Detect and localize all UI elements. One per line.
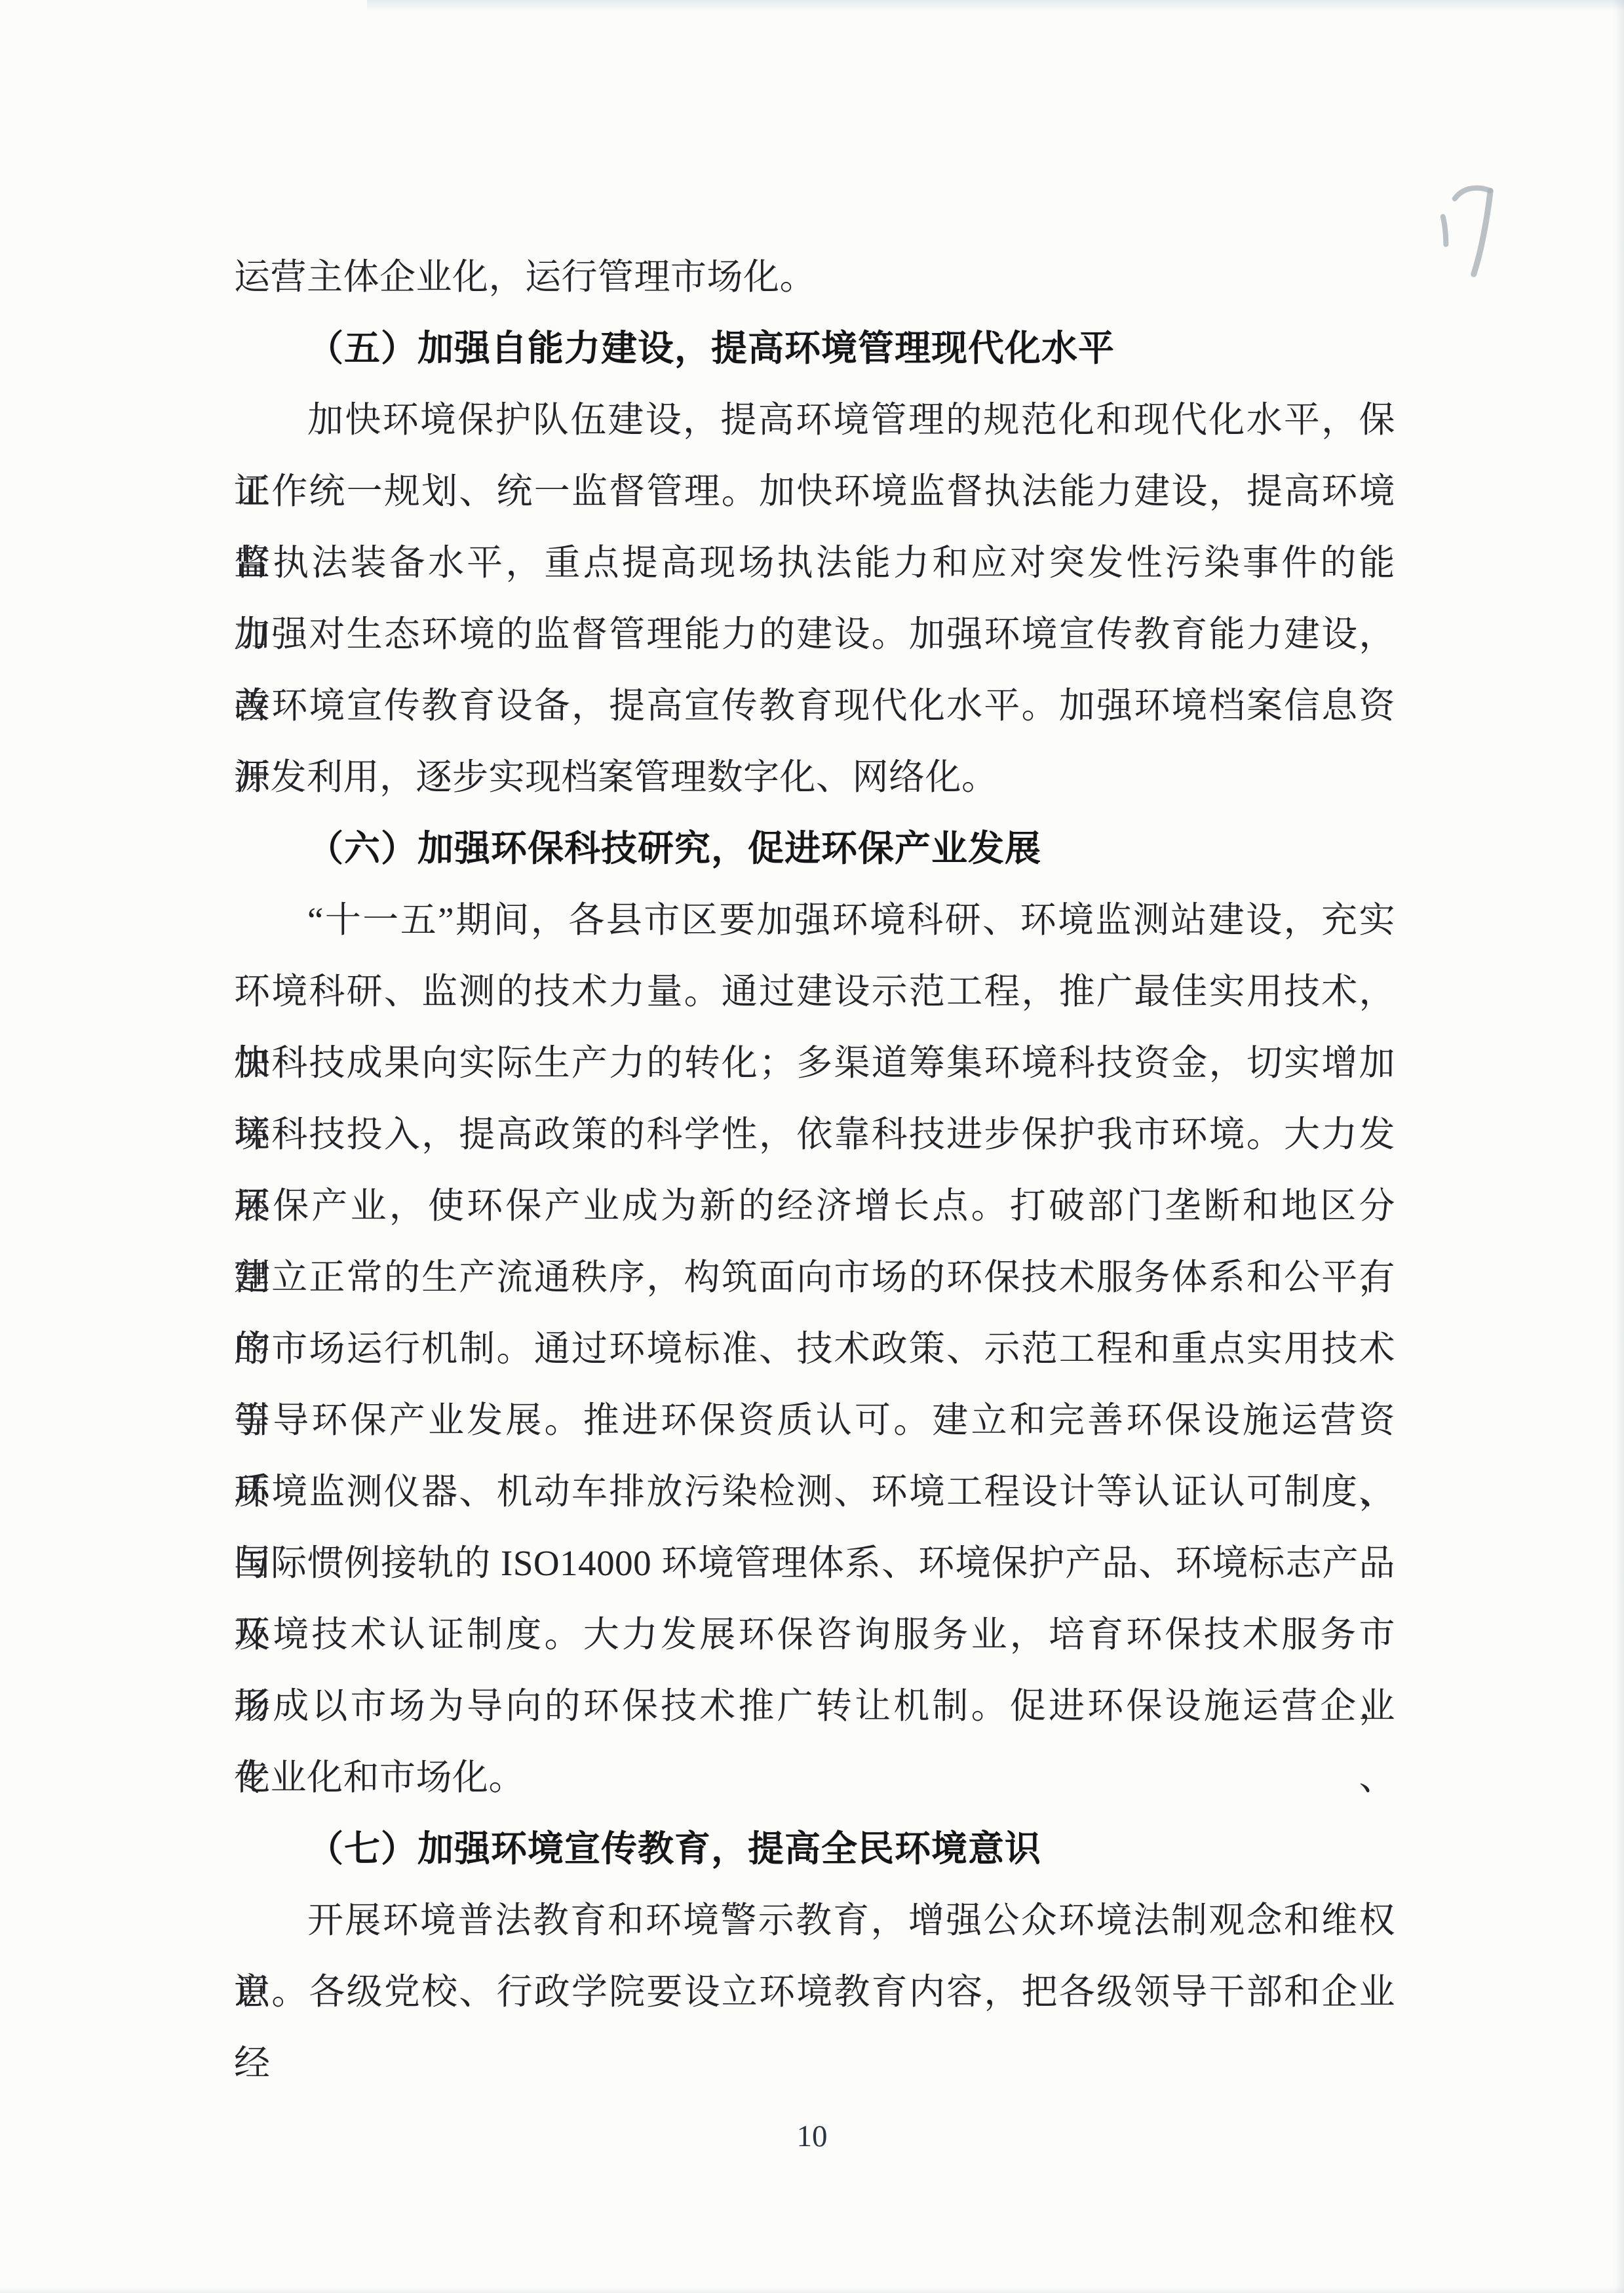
body-text-line: 开发利用，逐步实现档案管理数字化、网络化。 — [234, 741, 1395, 813]
body-text-line: 国际惯例接轨的 ISO14000 环境管理体系、环境保护产品、环境标志产品及 — [234, 1527, 1395, 1599]
scanned-document-page: 运营主体企业化，运行管理市场化。（五）加强自能力建设，提高环境管理现代化水平加快… — [0, 0, 1624, 2293]
body-text-line: 的市场运行机制。通过环境标准、技术政策、示范工程和重点实用技术等 — [234, 1313, 1395, 1384]
body-text-line: 善环境宣传教育设备，提高宣传教育现代化水平。加强环境档案信息资源 — [234, 670, 1395, 741]
body-text-line: 加快环境保护队伍建设，提高环境管理的规范化和现代化水平，保证 — [234, 384, 1395, 456]
body-text-line: 建立正常的生产流通秩序，构筑面向市场的环保技术服务体系和公平有序 — [234, 1242, 1395, 1313]
document-body-text: 运营主体企业化，运行管理市场化。（五）加强自能力建设，提高环境管理现代化水平加快… — [234, 241, 1395, 2028]
body-text-line: 境科技投入，提高政策的科学性，依靠科技进步保护我市环境。大力发展 — [234, 1099, 1395, 1170]
body-text-line: “十一五”期间，各县市区要加强环境科研、环境监测站建设，充实 — [234, 884, 1395, 956]
section-heading-line: （五）加强自能力建设，提高环境管理现代化水平 — [234, 313, 1395, 384]
body-text-line: 环境科研、监测的技术力量。通过建设示范工程，推广最佳实用技术，加 — [234, 956, 1395, 1027]
scan-edge-artifact-top — [367, 0, 1624, 12]
body-text-line: 环境监测仪器、机动车排放污染检测、环境工程设计等认证认可制度，与 — [234, 1456, 1395, 1527]
body-text-line: 运营主体企业化，运行管理市场化。 — [234, 241, 1395, 313]
body-text-line: 加强对生态环境的监督管理能力的建设。加强环境宣传教育能力建设，改 — [234, 598, 1395, 670]
body-text-line: 督执法装备水平，重点提高现场执法能力和应对突发性污染事件的能力， — [234, 527, 1395, 598]
body-text-line: 开展环境普法教育和环境警示教育，增强公众环境法制观念和维权意 — [234, 1885, 1395, 1956]
body-text-line: 环保产业，使环保产业成为新的经济增长点。打破部门垄断和地区分割， — [234, 1170, 1395, 1242]
body-text-line: 形成以市场为导向的环保技术推广转让机制。促进环保设施运营企业化、 — [234, 1670, 1395, 1742]
body-text-line: 环境技术认证制度。大力发展环保咨询服务业，培育环保技术服务市场， — [234, 1599, 1395, 1670]
section-heading-line: （七）加强环境宣传教育，提高全民环境意识 — [234, 1813, 1395, 1885]
body-text-line: 快科技成果向实际生产力的转化；多渠道筹集环境科技资金，切实增加环 — [234, 1027, 1395, 1099]
body-text-line: 引导环保产业发展。推进环保资质认可。建立和完善环保设施运营资质、 — [234, 1384, 1395, 1456]
page-number: 10 — [0, 2119, 1624, 2154]
scan-edge-artifact-bottom — [0, 2286, 1624, 2293]
handwritten-pencil-mark-17 — [1432, 174, 1508, 288]
scan-edge-artifact-right — [1614, 0, 1624, 2293]
section-heading-line: （六）加强环保科技研究，促进环保产业发展 — [234, 813, 1395, 884]
body-text-line: 识。各级党校、行政学院要设立环境教育内容，把各级领导干部和企业经 — [234, 1956, 1395, 2028]
body-text-line: 工作统一规划、统一监督管理。加快环境监督执法能力建设，提高环境监 — [234, 456, 1395, 527]
